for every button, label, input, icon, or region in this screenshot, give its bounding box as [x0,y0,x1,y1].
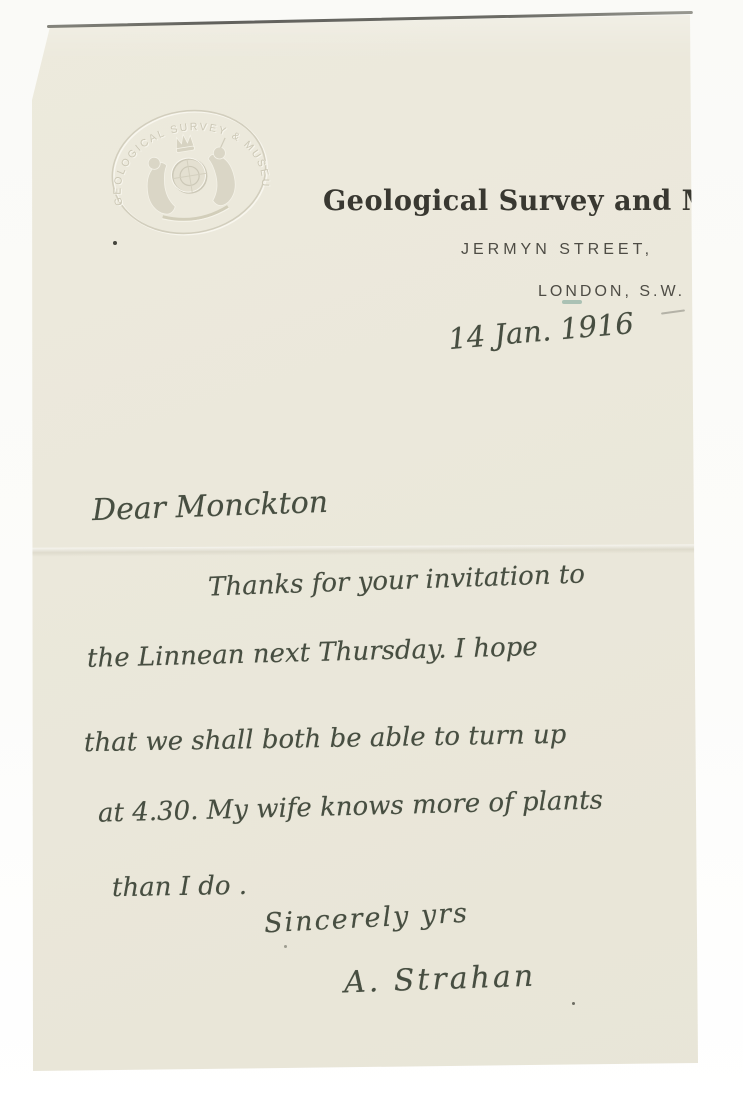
unicorn-supporter [203,137,238,206]
body-line: that we shall both be able to turn up [84,720,567,758]
paper-speck [572,1002,575,1005]
body-line: at 4.30. My wife knows more of plants [98,785,604,828]
fold-crease [32,544,698,556]
paper-speck [284,945,287,948]
organization-name: Geological Survey and Museum, [323,184,743,217]
paper-speck [661,309,685,314]
address-street: JERMYN STREET, [461,241,653,259]
paper-speck [113,241,117,245]
body-line: than I do . [112,871,248,903]
salutation: Dear Monckton [91,485,328,528]
body-line: the Linnean next Thursday. I hope [87,632,538,674]
body-line: Thanks for your invitation to [208,559,586,602]
handwritten-date: 14 Jan. 1916 [447,306,635,356]
address-city: LONDON, S.W. [538,283,685,301]
seal-text: GEOLOGICAL SURVEY & MUSEUM [96,96,273,216]
lion-supporter [142,155,176,216]
embossed-seal: GEOLOGICAL SURVEY & MUSEUM GEOLOGICAL SU… [96,96,282,248]
signature: A. Strahan [343,959,536,1001]
shield-garter [169,156,209,196]
letter-photo-scene: GEOLOGICAL SURVEY & MUSEUM GEOLOGICAL SU… [0,0,743,1112]
corner-crease [18,31,37,104]
closing-valediction: Sincerely yrs [263,898,469,940]
royal-arms-emblem: GEOLOGICAL SURVEY & MUSEUM GEOLOGICAL SU… [96,96,279,248]
letter-paper: GEOLOGICAL SURVEY & MUSEUM GEOLOGICAL SU… [0,0,743,1112]
paper-speck [562,300,582,304]
